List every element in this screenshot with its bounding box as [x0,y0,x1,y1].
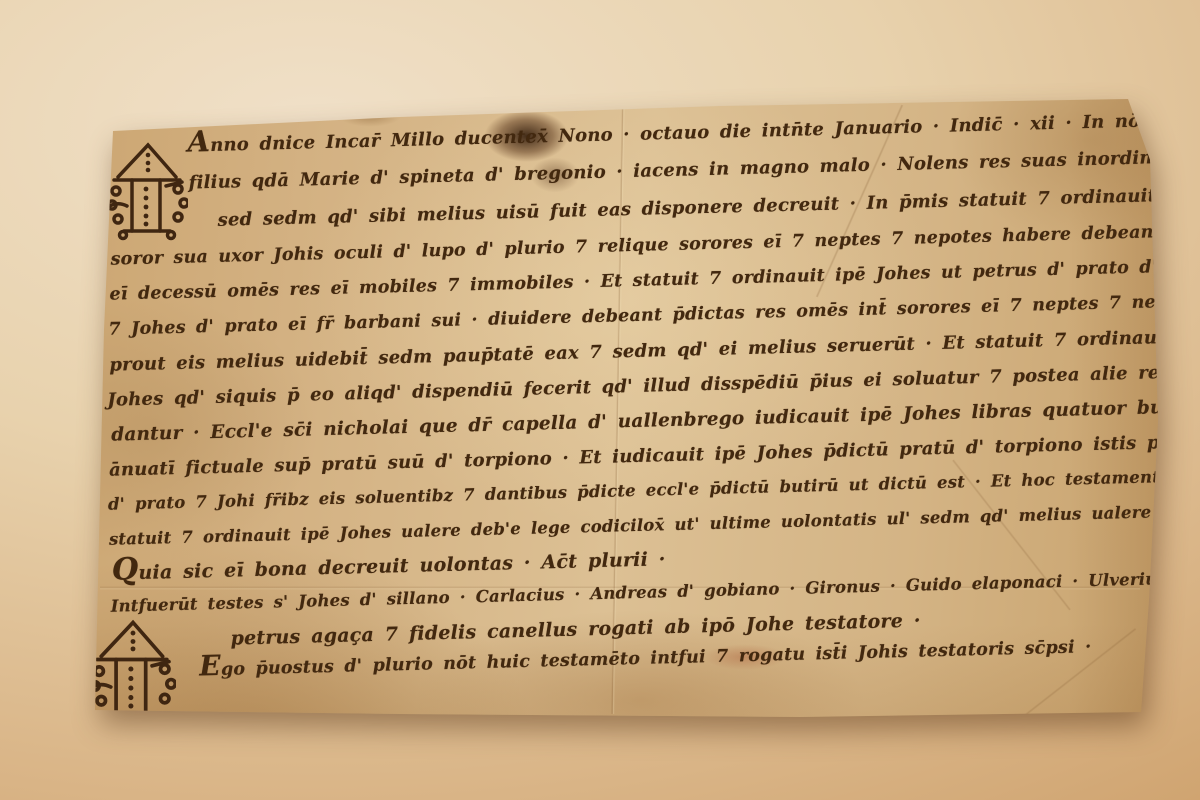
text-line: Quia sic eī bona decreuit uolontas · Ac̄… [112,548,666,584]
parchment: Anno dnice Incar̄ Millo ducentex̄ Nono ·… [0,0,1200,800]
photograph: Anno dnice Incar̄ Millo ducentex̄ Nono ·… [0,0,1200,800]
text-line: sed sedm qd' sibi melius uisū fuit eas d… [217,183,1200,231]
manuscript-text: Anno dnice Incar̄ Millo ducentex̄ Nono ·… [95,94,1167,731]
parchment-shadow: Anno dnice Incar̄ Millo ducentex̄ Nono ·… [0,0,1200,800]
